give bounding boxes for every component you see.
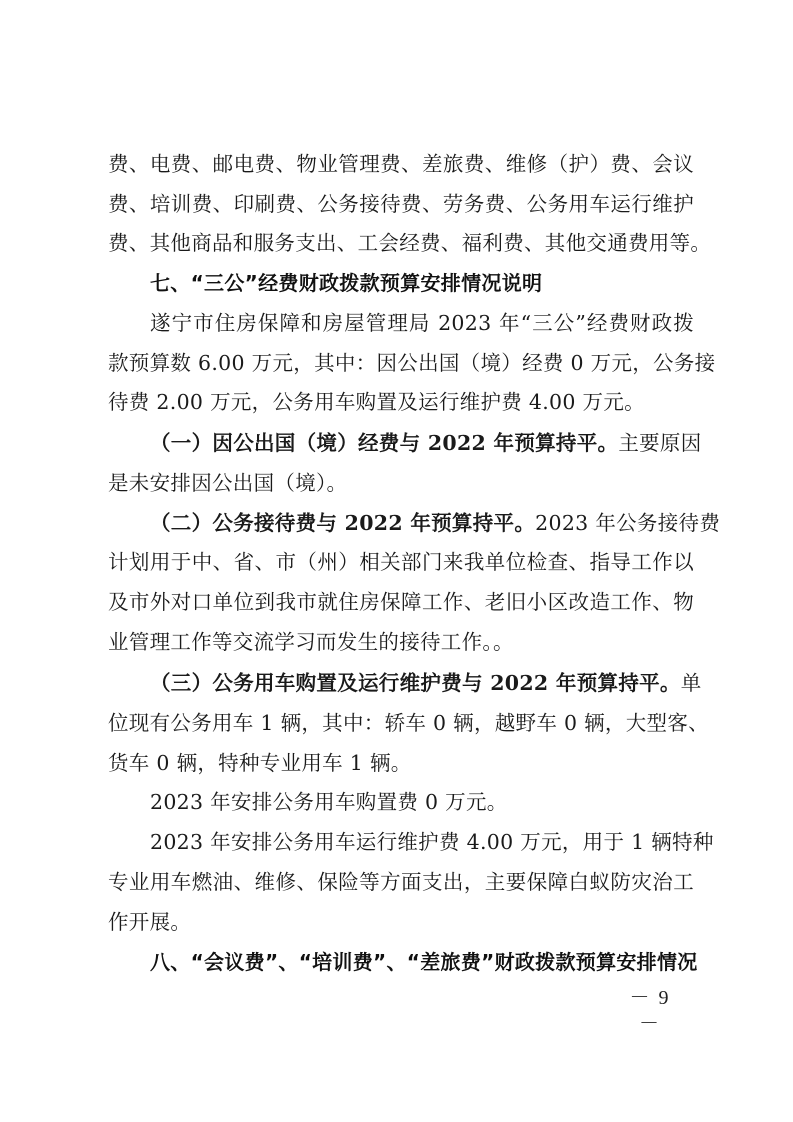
paragraph-text: 单 bbox=[681, 671, 702, 695]
paragraph-line: （一）因公出国（境）经费与 2022 年预算持平。主要原因 bbox=[150, 428, 694, 458]
paragraph-line: （二）公务接待费与 2022 年预算持平。2023 年公务接待费 bbox=[150, 508, 694, 538]
paragraph-line: 位现有公务用车 1 辆，其中：轿车 0 辆，越野车 0 辆，大型客、 bbox=[108, 708, 694, 738]
paragraph-text: 主要原因 bbox=[618, 431, 701, 455]
section-heading-8: 八、“会议费”、“培训费”、“差旅费”财政拨款预算安排情况 bbox=[150, 947, 694, 977]
section-heading-7: 七、“三公”经费财政拨款预算安排情况说明 bbox=[150, 268, 694, 298]
paragraph-text: 2023 年公务接待费 bbox=[535, 511, 720, 535]
paragraph-line: 货车 0 辆，特种专业用车 1 辆。 bbox=[108, 748, 694, 778]
paragraph-line: 2023 年安排公务用车购置费 0 万元。 bbox=[150, 787, 694, 817]
paragraph-line: （三）公务用车购置及运行维护费与 2022 年预算持平。单 bbox=[150, 668, 694, 698]
document-page: 费、电费、邮电费、物业管理费、差旅费、维修（护）费、会议 费、培训费、印刷费、公… bbox=[0, 0, 793, 1122]
subheading-2: （二）公务接待费与 2022 年预算持平。 bbox=[150, 511, 535, 535]
subheading-1: （一）因公出国（境）经费与 2022 年预算持平。 bbox=[150, 431, 618, 455]
paragraph-line: 业管理工作等交流学习而发生的接待工作。。 bbox=[108, 627, 694, 657]
paragraph-line: 费、其他商品和服务支出、工会经费、福利费、其他交通费用等。 bbox=[108, 228, 694, 258]
paragraph-line: 待费 2.00 万元，公务用车购置及运行维护费 4.00 万元。 bbox=[108, 387, 694, 417]
paragraph-line: 费、电费、邮电费、物业管理费、差旅费、维修（护）费、会议 bbox=[108, 149, 694, 179]
paragraph-line: 作开展。 bbox=[108, 907, 694, 937]
page-number: － 9 － bbox=[620, 985, 680, 1011]
paragraph-line: 计划用于中、省、市（州）相关部门来我单位检查、指导工作以 bbox=[108, 547, 694, 577]
subheading-3: （三）公务用车购置及运行维护费与 2022 年预算持平。 bbox=[150, 671, 681, 695]
paragraph-line: 遂宁市住房保障和房屋管理局 2023 年“三公”经费财政拨 bbox=[150, 308, 694, 338]
paragraph-line: 专业用车燃油、维修、保险等方面支出，主要保障白蚁防灾治工 bbox=[108, 867, 694, 897]
paragraph-line: 是未安排因公出国（境）。 bbox=[108, 468, 694, 498]
paragraph-line: 2023 年安排公务用车运行维护费 4.00 万元，用于 1 辆特种 bbox=[150, 827, 694, 857]
paragraph-line: 及市外对口单位到我市就住房保障工作、老旧小区改造工作、物 bbox=[108, 587, 694, 617]
paragraph-line: 款预算数 6.00 万元，其中：因公出国（境）经费 0 万元，公务接 bbox=[108, 348, 694, 378]
paragraph-line: 费、培训费、印刷费、公务接待费、劳务费、公务用车运行维护 bbox=[108, 189, 694, 219]
